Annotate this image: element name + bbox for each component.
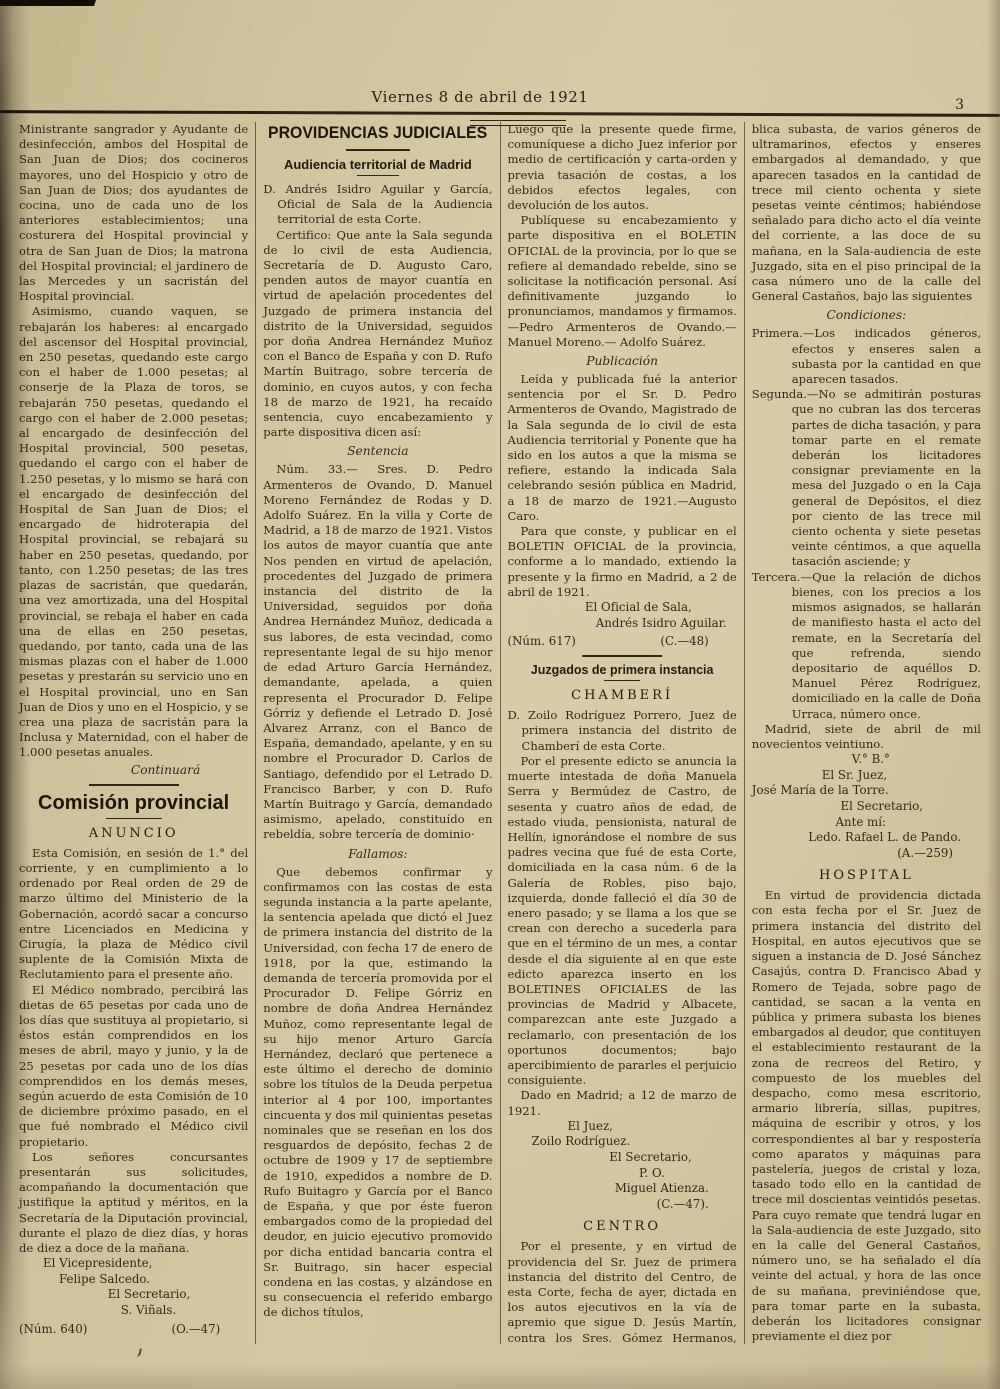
- section-divider: [89, 784, 179, 786]
- paragraph-continuation: blica subasta, de varios géneros de ultr…: [752, 122, 981, 304]
- signature-name: Felipe Salcedo.: [19, 1272, 248, 1288]
- condition-segunda: Segunda.—No se admitirán posturas que no…: [752, 387, 981, 569]
- signature-name: Miguel Atienza.: [508, 1181, 737, 1197]
- signature-name: Andrés Isidro Aguilar.: [508, 616, 737, 632]
- doc-code: (O.—47): [172, 1321, 249, 1337]
- signature-role: El Secretario,: [508, 1150, 737, 1166]
- page-number: 3: [955, 97, 964, 113]
- column-layout: Ministrante sangrador y Ayudante de desi…: [12, 122, 988, 1344]
- page-date: Viernes 8 de abril de 1921: [0, 88, 960, 106]
- fallamos-label: Fallamos:: [263, 847, 492, 862]
- publicacion-label: Publicación: [508, 354, 737, 369]
- column-4: blica subasta, de varios géneros de ultr…: [744, 122, 988, 1344]
- subheading-hospital: HOSPITAL: [752, 868, 981, 883]
- doc-code: (C.—47).: [508, 1197, 737, 1213]
- paragraph: Que debemos confirmar y confirmamos con …: [263, 865, 492, 1321]
- paragraph: Esta Comisión, en sesión de 1.° del corr…: [19, 846, 248, 983]
- column-1: Ministrante sangrador y Ayudante de desi…: [12, 122, 255, 1344]
- column-3: Luego que la presente quede firme, comun…: [500, 122, 744, 1344]
- paragraph: En virtud de providencia dictada con est…: [752, 888, 981, 1344]
- signature-role: El Sr. Juez,: [752, 768, 981, 784]
- heading-rule: [106, 818, 162, 819]
- signature-role: El Secretario,: [752, 799, 981, 815]
- scan-speck: [135, 1348, 142, 1358]
- signature-name: S. Viñals.: [19, 1303, 248, 1319]
- section-divider: [582, 655, 662, 657]
- heading-rule: [604, 680, 640, 681]
- paragraph: Publíquese su encabezamiento y parte dis…: [508, 213, 737, 350]
- signature-role: El Juez,: [508, 1119, 737, 1135]
- paragraph: Núm. 33.— Sres. D. Pedro Armenteros de O…: [263, 462, 492, 842]
- paragraph: Por el presente, y en virtud de providen…: [508, 1239, 737, 1344]
- signature-name: Ledo. Rafael L. de Pando.: [752, 830, 981, 846]
- signature-role: El Secretario,: [19, 1287, 248, 1303]
- scan-corner-mark: [0, 0, 96, 6]
- paragraph-continuation: Ministrante sangrador y Ayudante de desi…: [19, 122, 248, 304]
- doc-number: (Núm. 640): [19, 1321, 87, 1337]
- heading-rule: [346, 149, 410, 151]
- subheading-centro: CENTRO: [508, 1219, 737, 1234]
- signature-name: Zoilo Rodríguez.: [508, 1134, 737, 1150]
- sentencia-label: Sentencia: [263, 444, 492, 459]
- subheading-anuncio: ANUNCIO: [19, 826, 248, 841]
- subheading-audiencia: Audiencia territorial de Madrid: [263, 157, 492, 172]
- doc-code: (A.—259): [752, 846, 981, 862]
- signature-name: José María de la Torre.: [752, 783, 981, 799]
- paragraph: Madrid, siete de abril de mil noveciento…: [752, 722, 981, 752]
- paragraph-continuation: Luego que la presente quede firme, comun…: [508, 122, 737, 213]
- paragraph: Para que conste, y publicar en el BOLETI…: [508, 524, 737, 600]
- paragraph: D. Zoilo Rodríguez Porrero, Juez de prim…: [508, 708, 737, 754]
- condition-primera: Primera.—Los indicados géneros, efectos …: [752, 326, 981, 387]
- section-heading-providencias: PROVIDENCIAS JUDICIALES: [268, 124, 488, 143]
- ante-mi-label: Ante mí:: [752, 815, 981, 831]
- scan-right-edge: [986, 0, 1000, 1389]
- scan-bottom-edge: [0, 1363, 1000, 1389]
- condition-tercera: Tercera.—Que la relación de dichos biene…: [752, 570, 981, 722]
- subheading-chamberi: CHAMBERÍ: [508, 688, 737, 703]
- reference-numbers: (Núm. 640) (O.—47): [19, 1321, 248, 1337]
- signature-role: El Oficial de Sala,: [508, 600, 737, 616]
- paragraph: El Médico nombrado, percibirá las dietas…: [19, 983, 248, 1150]
- visto-bueno: V.° B.°: [752, 752, 981, 768]
- heading-rule: [357, 175, 399, 176]
- header-rule: [0, 110, 1000, 117]
- doc-number: (Núm. 617): [508, 633, 576, 649]
- signature-po: P. O.: [508, 1166, 737, 1182]
- section-heading-comision: Comisión provincial: [19, 792, 248, 815]
- paragraph: Por el presente edicto se anuncia la mue…: [508, 754, 737, 1088]
- scanned-newspaper-page: { "page": { "date_line": "Viernes 8 de a…: [0, 0, 1000, 1389]
- reference-numbers: (Núm. 617) (C.—48): [508, 633, 737, 649]
- paragraph: Dado en Madrid; a 12 de marzo de 1921.: [508, 1088, 737, 1118]
- paragraph: Asimismo, cuando vaquen, se rebajarán lo…: [19, 304, 248, 760]
- doc-code: (C.—48): [660, 633, 736, 649]
- continuara-note: Continuará: [19, 763, 248, 778]
- paragraph: Certifico: Que ante la Sala segunda de l…: [263, 228, 492, 441]
- condiciones-label: Condiciones:: [752, 308, 981, 323]
- signature-role: El Vicepresidente,: [19, 1256, 248, 1272]
- paragraph: Los señores concursantes presentarán sus…: [19, 1150, 248, 1256]
- section-heading-juzgados: Juzgados de primera instancia: [508, 663, 737, 677]
- paragraph: D. Andrés Isidro Aguilar y García, Ofici…: [263, 182, 492, 228]
- paragraph: Leída y publicada fué la anterior senten…: [508, 372, 737, 524]
- column-2: PROVIDENCIAS JUDICIALES Audiencia territ…: [255, 122, 499, 1344]
